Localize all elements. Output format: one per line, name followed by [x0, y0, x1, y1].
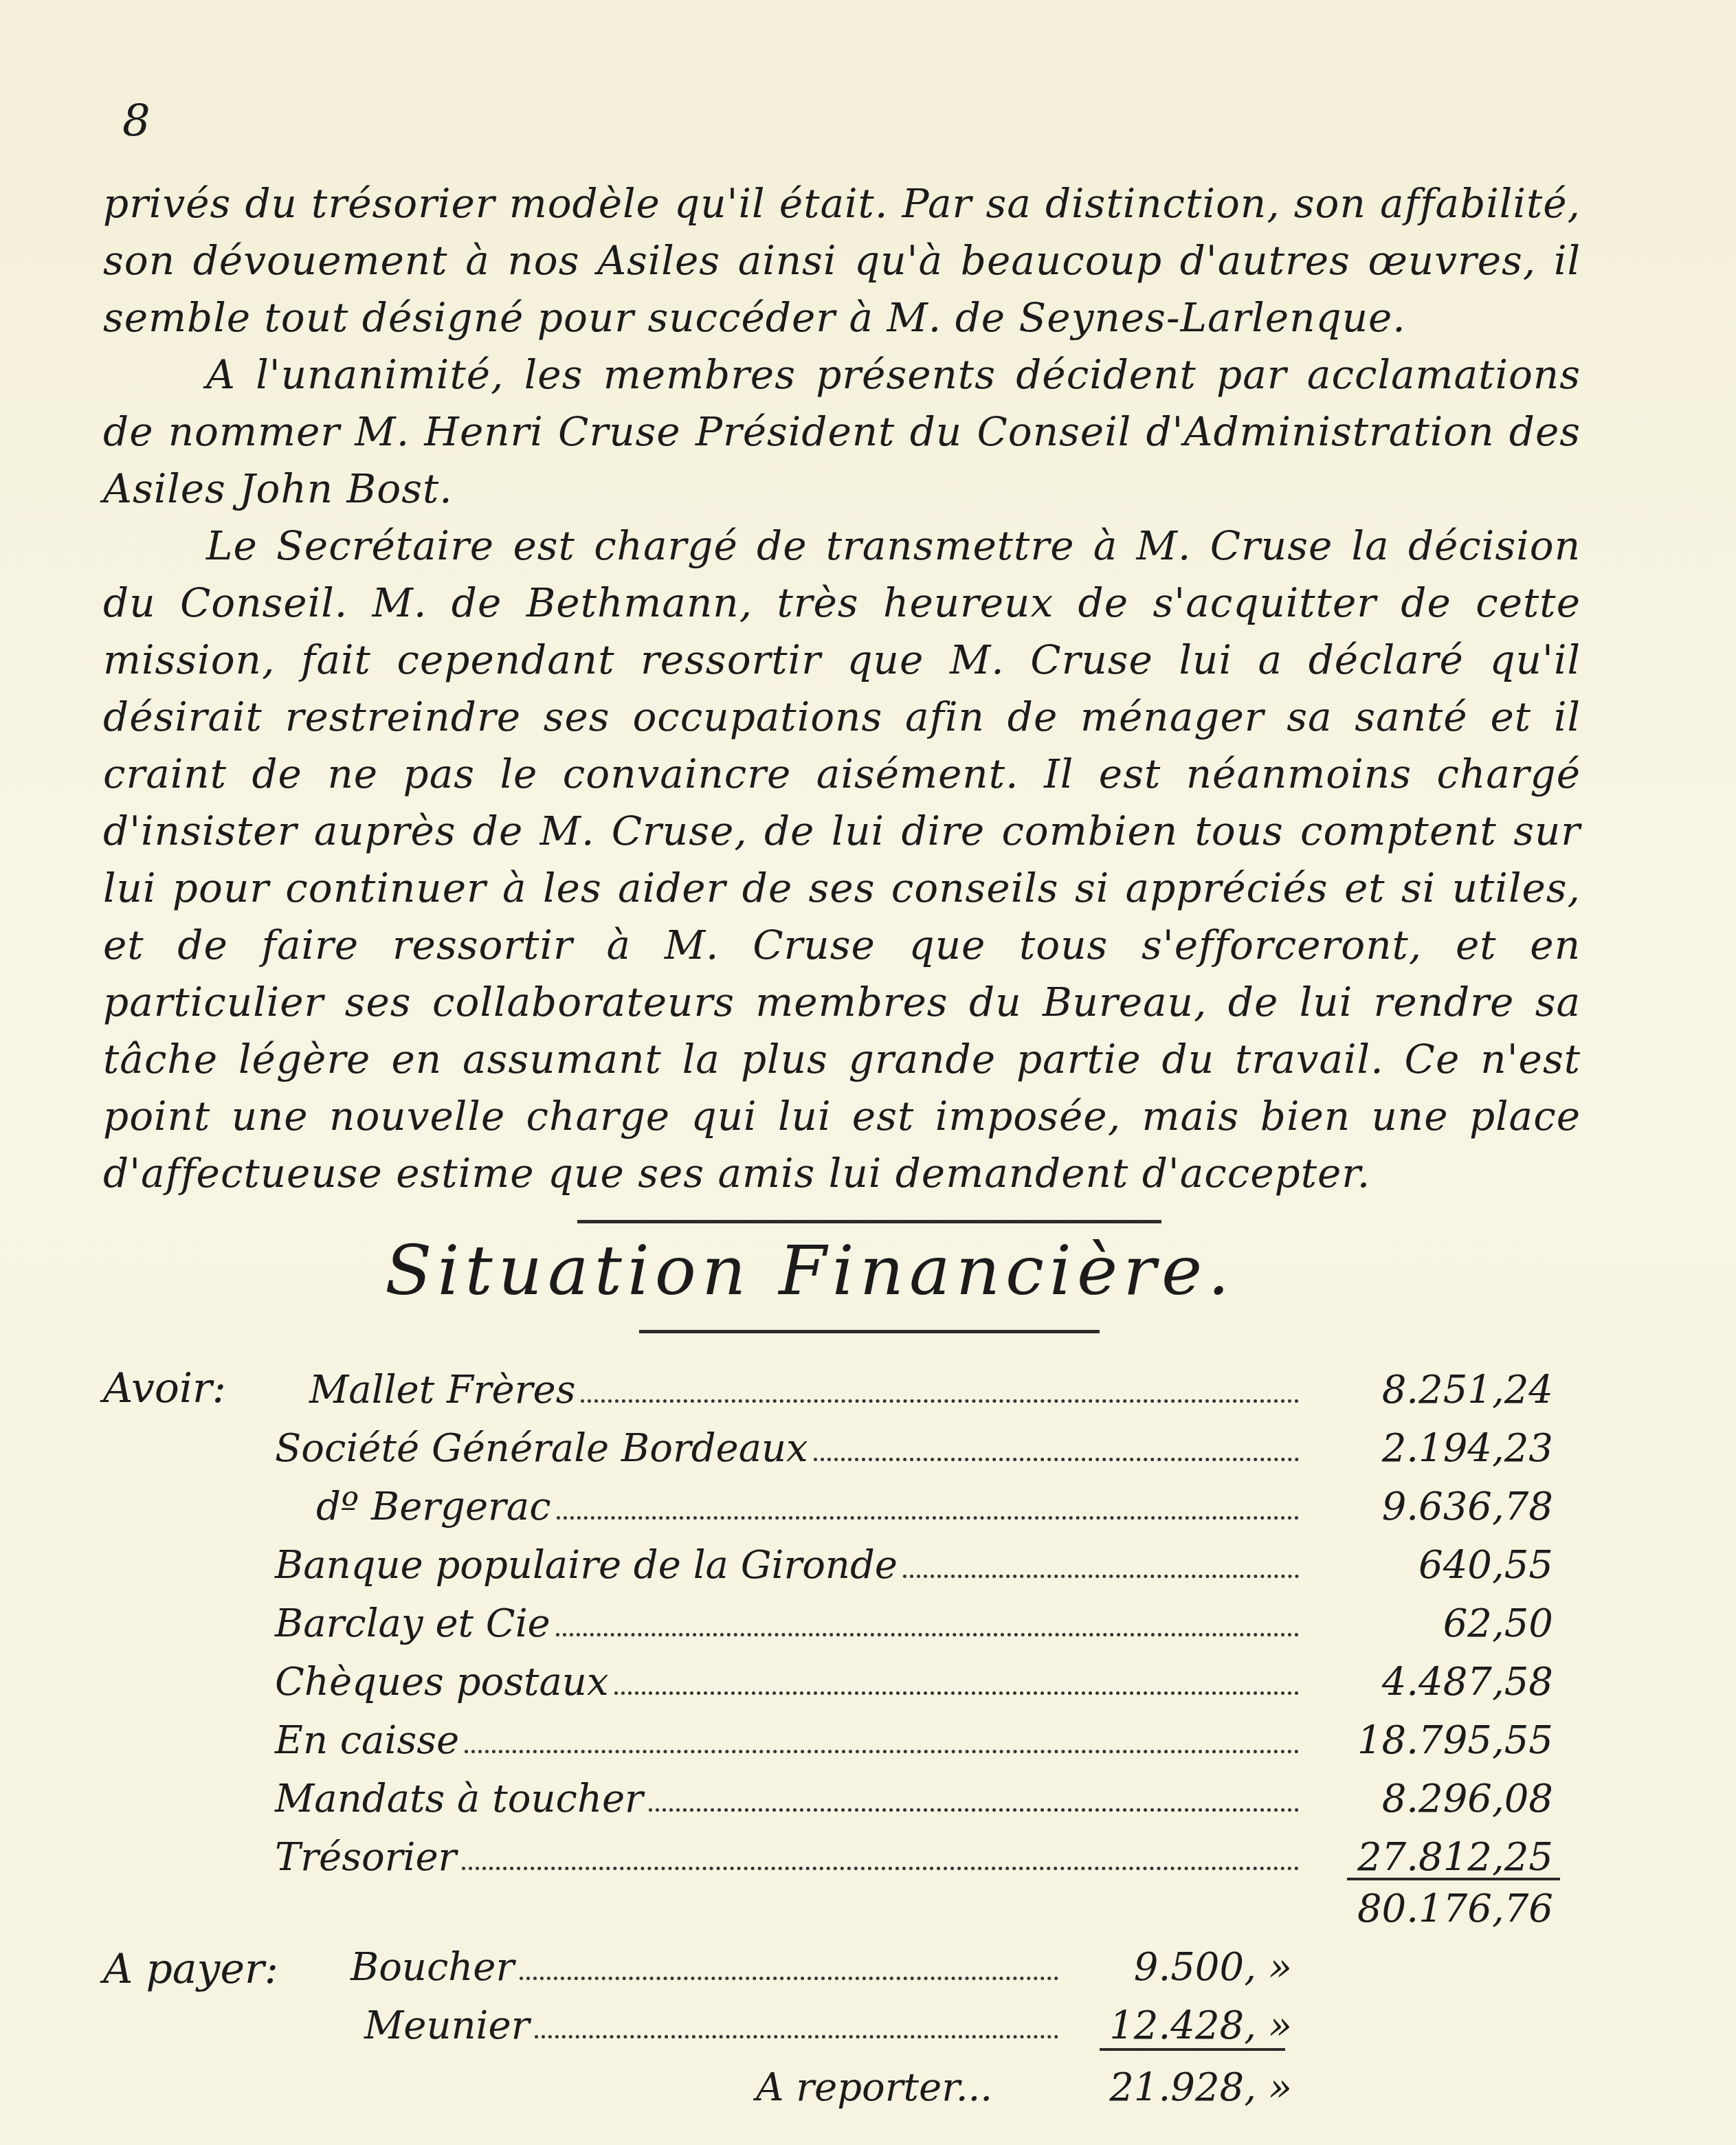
avoir-row: Chèques postaux [275, 1660, 1306, 1704]
leader-dots [649, 1808, 1299, 1812]
carry-forward-label: A reporter... [756, 2065, 992, 2110]
leader-dots [814, 1458, 1299, 1461]
avoir-row: Trésorier [275, 1835, 1306, 1880]
leader-dots [581, 1399, 1299, 1403]
a-payer-prefix: A payer: [103, 1945, 278, 1993]
avoir-amount: 8.296,08 [1306, 1777, 1553, 1821]
avoir-amount: 9.636,78 [1306, 1485, 1553, 1529]
avoir-amount: 18.795,55 [1306, 1718, 1553, 1763]
leader-dots [462, 1867, 1299, 1870]
leader-dots [535, 2035, 1058, 2038]
avoir-label: Barclay et Cie [275, 1601, 550, 1646]
avoir-row: Banque populaire de la Gironde [275, 1543, 1306, 1588]
avoir-amount: 4.487,58 [1306, 1660, 1553, 1704]
a-payer-label: Boucher [350, 1945, 514, 1990]
avoir-prefix: Avoir: [103, 1364, 226, 1412]
title-rule-bottom [639, 1330, 1100, 1333]
avoir-row: Mallet Frères [309, 1368, 1306, 1412]
paragraph-1: privés du trésorier modèle qu'il était. … [103, 175, 1581, 346]
avoir-total: 80.176,76 [1306, 1887, 1553, 1931]
leader-dots [903, 1575, 1299, 1578]
avoir-label: Mallet Frères [309, 1368, 575, 1412]
avoir-label: Chèques postaux [275, 1660, 609, 1704]
a-payer-amount: 12.428, » [1045, 2003, 1292, 2048]
leader-dots [614, 1691, 1300, 1695]
avoir-label: Société Générale Bordeaux [275, 1426, 808, 1471]
avoir-amount: 8.251,24 [1306, 1368, 1553, 1412]
avoir-label: En caisse [275, 1718, 459, 1763]
page-number: 8 [122, 96, 151, 147]
subtotal-rule [1100, 2048, 1285, 2051]
carry-forward-amount: 21.928, » [1045, 2065, 1292, 2110]
leader-dots [520, 1977, 1058, 1980]
avoir-label: dº Bergerac [316, 1485, 551, 1529]
carry-forward-row: A reporter... [756, 2065, 992, 2110]
a-payer-amount: 9.500, » [1045, 1945, 1292, 1990]
avoir-row: En caisse [275, 1718, 1306, 1763]
total-rule [1347, 1878, 1560, 1880]
avoir-row: Société Générale Bordeaux [275, 1426, 1306, 1471]
avoir-amount: 62,50 [1306, 1601, 1553, 1646]
a-payer-row: Meunier [364, 2003, 1065, 2048]
avoir-amount: 27.812,25 [1306, 1835, 1553, 1880]
avoir-row: Mandats à toucher [275, 1777, 1306, 1821]
avoir-row: Barclay et Cie [275, 1601, 1306, 1646]
paragraph-2: A l'unanimité, les membres présents déci… [103, 346, 1581, 518]
paragraph-3: Le Secrétaire est chargé de transmettre … [103, 518, 1581, 1202]
section-title: Situation Financière. [385, 1230, 1235, 1311]
avoir-label: Trésorier [275, 1835, 456, 1880]
avoir-amount: 640,55 [1306, 1543, 1553, 1588]
body-text: privés du trésorier modèle qu'il était. … [103, 175, 1581, 1202]
title-rule-top [577, 1220, 1161, 1223]
avoir-amount: 2.194,23 [1306, 1426, 1553, 1471]
a-payer-label: Meunier [364, 2003, 529, 2048]
document-page: 8 privés du trésorier modèle qu'il était… [0, 0, 1736, 2145]
leader-dots [465, 1750, 1299, 1753]
avoir-row: dº Bergerac [316, 1485, 1306, 1529]
avoir-label: Banque populaire de la Gironde [275, 1543, 898, 1588]
leader-dots [556, 1633, 1299, 1636]
leader-dots [557, 1516, 1299, 1520]
a-payer-row: Boucher [350, 1945, 1065, 1990]
avoir-label: Mandats à toucher [275, 1777, 643, 1821]
